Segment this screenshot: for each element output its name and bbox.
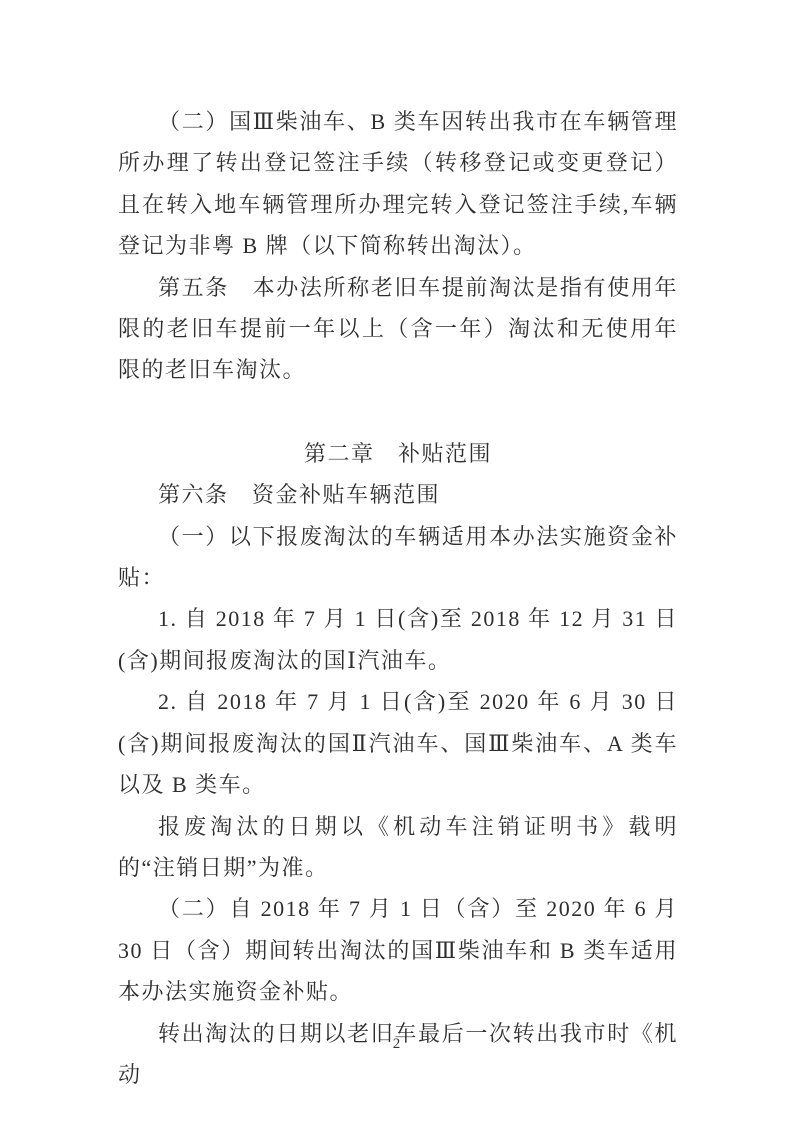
chapter-heading: 第二章 补贴范围 <box>118 433 678 474</box>
paragraph: 第五条 本办法所称老旧车提前淘汰是指有使用年限的老旧车提前一年以上（含一年）淘汰… <box>118 267 678 391</box>
document-body: （二）国Ⅲ柴油车、B 类车因转出我市在车辆管理所办理了转出登记签注手续（转移登记… <box>118 101 678 1095</box>
paragraph: 1. 自 2018 年 7 月 1 日(含)至 2018 年 12 月 31 日… <box>118 598 678 681</box>
document-page: （二）国Ⅲ柴油车、B 类车因转出我市在车辆管理所办理了转出登记签注手续（转移登记… <box>0 0 793 1122</box>
paragraph: 2. 自 2018 年 7 月 1 日(含)至 2020 年 6 月 30 日(… <box>118 681 678 805</box>
paragraph: （二）国Ⅲ柴油车、B 类车因转出我市在车辆管理所办理了转出登记签注手续（转移登记… <box>118 101 678 267</box>
page-number: 2 <box>0 1034 793 1054</box>
paragraph: （一）以下报废淘汰的车辆适用本办法实施资金补贴： <box>118 516 678 599</box>
paragraph: 报废淘汰的日期以《机动车注销证明书》载明的“注销日期”为准。 <box>118 806 678 889</box>
paragraph: 第六条 资金补贴车辆范围 <box>118 474 678 515</box>
paragraph: （二）自 2018 年 7 月 1 日（含）至 2020 年 6 月 30 日（… <box>118 888 678 1012</box>
